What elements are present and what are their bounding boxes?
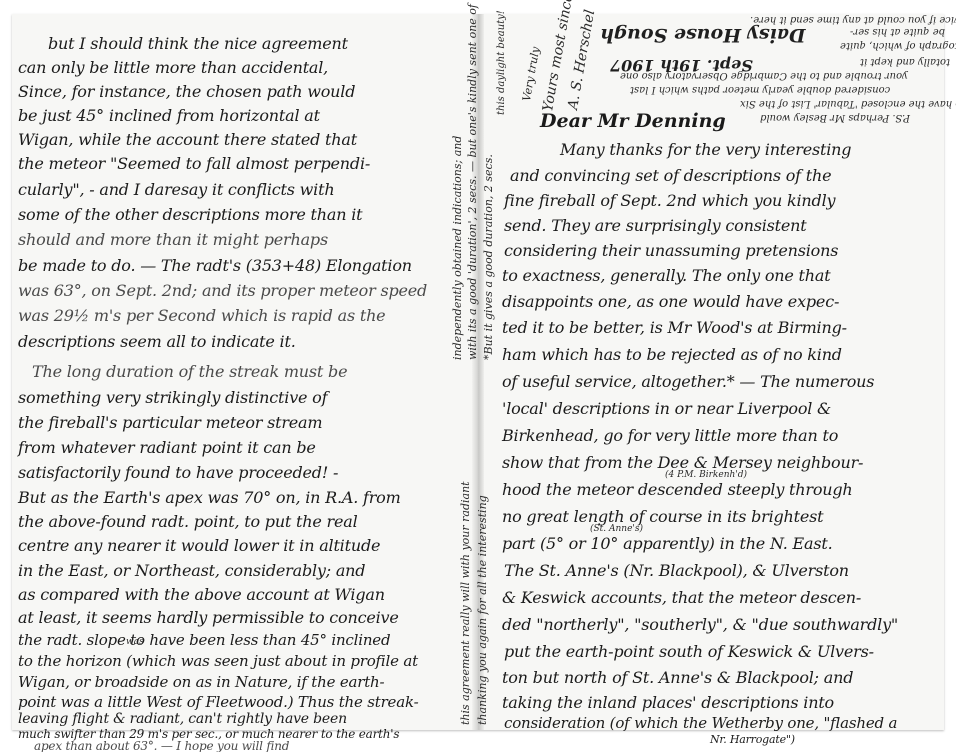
insert-st-annes: (St. Anne's) xyxy=(590,524,643,534)
margin-note-fold-lower-2: thanking you again for all the interesti… xyxy=(476,495,489,725)
left-line-24: at least, it seems hardly permissible to… xyxy=(18,608,399,627)
right-line-5: considering their unassuming pretensions xyxy=(504,241,838,260)
left-line-26: to the horizon (which was seen just abou… xyxy=(18,652,418,670)
margin-note-fold-lower-1: this agreement really will with your rad… xyxy=(459,481,472,725)
left-line-10: be made to do. — The radt's (353+48) Elo… xyxy=(18,256,412,275)
right-line-22: taking the inland places' descriptions i… xyxy=(502,693,834,712)
left-line-25: the radt. slope to have been less than 4… xyxy=(18,631,390,649)
right-line-9: ham which has to be rejected as of no ki… xyxy=(502,345,842,364)
postscript-line-4: totally and kept it xyxy=(860,56,950,67)
left-line-31: apex than about 63°. — I hope you will f… xyxy=(34,739,289,752)
postscript-line-2: be quite at his ser- xyxy=(850,26,945,37)
left-insert-was: was xyxy=(126,637,144,647)
left-line-19: But as the Earth's apex was 70° on, in R… xyxy=(18,488,401,507)
right-line-8: ted it to be better, is Mr Wood's at Bir… xyxy=(502,318,847,337)
right-line-4: send. They are surprisingly consistent xyxy=(504,216,806,235)
left-line-9: should and more than it might perhaps xyxy=(18,230,328,249)
postscript-line-5: your trouble and to the Cambridge Observ… xyxy=(620,70,908,81)
left-line-18: satisfactorily found to have proceeded! … xyxy=(18,463,338,482)
left-line-28: point was a little West of Fleetwood.) T… xyxy=(18,693,418,711)
right-line-23: consideration (of which the Wetherby one… xyxy=(504,714,897,732)
letter-address: Daisy House Sough xyxy=(600,24,806,46)
left-line-12: was 29½ m's per Second which is rapid as… xyxy=(18,306,385,325)
left-line-23: as compared with the above account at Wi… xyxy=(18,585,385,604)
postscript-line-3: photograph of which, quite xyxy=(840,40,956,51)
postscript-line-8: P.S. Perhaps Mr Besley would xyxy=(760,112,910,123)
left-line-22: in the East, or Northeast, considerably;… xyxy=(18,561,365,580)
right-line-15: no great length of course in its brighte… xyxy=(502,507,823,526)
left-line-1: but I should think the nice agreement xyxy=(48,34,348,53)
insert-birkenhead: (4 P.M. Birkenh'd) xyxy=(665,470,747,480)
postscript-line-6: considered double yearly meteor paths wh… xyxy=(630,84,890,95)
right-line-11: 'local' descriptions in or near Liverpoo… xyxy=(502,399,831,418)
right-line-6: to exactness, generally. The only one th… xyxy=(502,266,830,285)
left-line-29: leaving flight & radiant, can't rightly … xyxy=(18,711,347,727)
margin-note-fold-3: *But it gives a good duration, 2 secs. xyxy=(482,154,495,360)
right-line-1: Many thanks for the very interesting xyxy=(560,140,851,159)
right-line-18: & Keswick accounts, that the meteor desc… xyxy=(502,588,861,607)
margin-note-fold-1: independently obtained indications; and xyxy=(451,136,464,360)
left-line-8: some of the other descriptions more than… xyxy=(18,205,362,224)
right-line-17: The St. Anne's (Nr. Blackpool), & Ulvers… xyxy=(504,561,849,580)
left-line-15: something very strikingly distinctive of xyxy=(18,388,327,407)
right-line-20: put the earth-point south of Keswick & U… xyxy=(504,642,874,661)
left-line-7: cularly", - and I daresay it conflicts w… xyxy=(18,180,334,199)
left-line-6: the meteor "Seemed to fall almost perpen… xyxy=(18,154,370,173)
right-line-7: disappoints one, as one would have expec… xyxy=(502,292,839,311)
left-line-14: The long duration of the streak must be xyxy=(32,362,347,381)
postscript-line-7: like to have the enclosed 'Tabular' List… xyxy=(740,98,956,109)
left-line-21: centre any nearer it would lower it in a… xyxy=(18,536,380,555)
left-line-20: the above-found radt. point, to put the … xyxy=(18,512,358,531)
salutation: Dear Mr Denning xyxy=(540,110,726,132)
right-line-19: ded "northerly", "southerly", & "due sou… xyxy=(502,615,898,634)
left-line-11: was 63°, on Sept. 2nd; and its proper me… xyxy=(18,281,427,300)
right-line-14: hood the meteor descended steeply throug… xyxy=(502,480,853,499)
left-line-17: from whatever radiant point it can be xyxy=(18,438,316,457)
right-page: twice if you could at any time send it h… xyxy=(500,0,950,752)
right-line-21: ton but north of St. Anne's & Blackpool;… xyxy=(502,668,853,687)
left-line-3: Since, for instance, the chosen path wou… xyxy=(18,82,355,101)
left-line-2: can only be little more than accidental, xyxy=(18,58,328,77)
right-line-2: and convincing set of descriptions of th… xyxy=(510,166,831,185)
left-line-27: Wigan, or broadside on as in Nature, if … xyxy=(18,673,384,691)
left-line-16: the fireball's particular meteor stream xyxy=(18,413,322,432)
right-line-3: fine fireball of Sept. 2nd which you kin… xyxy=(504,191,835,210)
right-line-10: of useful service, altogether.* — The nu… xyxy=(502,372,874,391)
left-line-13: descriptions seem all to indicate it. xyxy=(18,332,296,351)
right-line-12: Birkenhead, go for very little more than… xyxy=(502,426,838,445)
left-line-5: Wigan, while the account there stated th… xyxy=(18,130,357,149)
right-line-24: Nr. Harrogate") xyxy=(710,733,795,746)
margin-note-fold-2: with its a good 'duration', 2 secs. — bu… xyxy=(466,4,479,360)
left-page: but I should think the nice agreement ca… xyxy=(18,0,468,752)
right-line-16: part (5° or 10° apparently) in the N. Ea… xyxy=(502,534,832,553)
left-line-4: be just 45° inclined from horizontal at xyxy=(18,106,320,125)
